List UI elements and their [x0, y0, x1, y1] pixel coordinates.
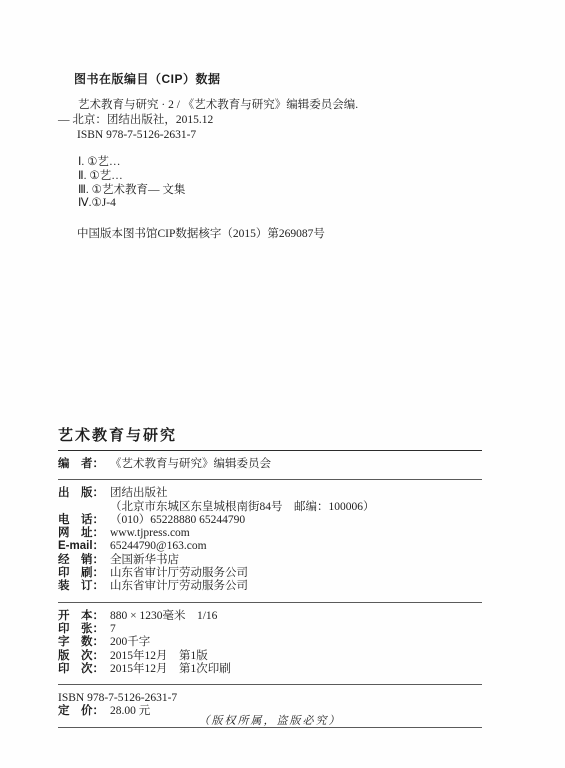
book-title: 艺术教育与研究: [58, 424, 482, 451]
cip-classification-item: Ⅳ.①J-4: [78, 197, 482, 211]
cip-description: 艺术教育与研究 · 2 / 《艺术教育与研究》编辑委员会编. — 北京：团结出版…: [58, 98, 482, 143]
row-label: 装 订：: [58, 580, 110, 593]
cip-description-line: — 北京：团结出版社，2015.12: [58, 113, 482, 128]
colophon-metrics-group: 开 本： 880 × 1230毫米 1/16 印 张： 7 字 数： 200千字…: [58, 603, 482, 685]
row-value: 7: [110, 623, 482, 636]
colophon-row-website: 网 址： www.tjpress.com: [58, 527, 482, 540]
cip-isbn-line: ISBN 978-7-5126-2631-7: [58, 128, 482, 143]
row-value: 880 × 1230毫米 1/16: [110, 610, 482, 623]
row-value: 65244790@163.com: [110, 540, 482, 553]
cip-classification-list: Ⅰ. ①艺… Ⅱ. ①艺… Ⅲ. ①艺术教育— 文集 Ⅳ.①J-4: [58, 156, 482, 211]
colophon-row-impression: 印 次： 2015年12月 第1次印刷: [58, 663, 482, 676]
cip-heading: 图书在版编目（CIP）数据: [74, 70, 482, 87]
colophon-section: 艺术教育与研究 编 者： 《艺术教育与研究》编辑委员会 出 版： 团结出版社 （…: [58, 424, 482, 728]
row-value: （010）65228880 65244790: [110, 514, 482, 527]
row-label: 开 本：: [58, 610, 110, 623]
colophon-row-edition: 版 次： 2015年12月 第1版: [58, 650, 482, 663]
row-value: 全国新华书店: [110, 554, 482, 567]
row-value: 山东省审计厅劳动服务公司: [110, 580, 482, 593]
colophon-row-editor: 编 者： 《艺术教育与研究》编辑委员会: [58, 458, 482, 471]
colophon-row-sheets: 印 张： 7: [58, 623, 482, 636]
colophon-row-printing: 印 刷： 山东省审计厅劳动服务公司: [58, 567, 482, 580]
colophon-row-publisher: 出 版： 团结出版社: [58, 487, 482, 500]
row-label-spacer: [58, 501, 110, 514]
cip-description-line: 艺术教育与研究 · 2 / 《艺术教育与研究》编辑委员会编.: [58, 98, 482, 113]
colophon-row-format: 开 本： 880 × 1230毫米 1/16: [58, 610, 482, 623]
colophon-row-email: E-mail： 65244790@163.com: [58, 540, 482, 553]
row-label: 编 者：: [58, 458, 110, 471]
row-value: 山东省审计厅劳动服务公司: [110, 567, 482, 580]
row-label: 出 版：: [58, 487, 110, 500]
book-copyright-page: 图书在版编目（CIP）数据 艺术教育与研究 · 2 / 《艺术教育与研究》编辑委…: [0, 0, 565, 768]
colophon-editor-group: 编 者： 《艺术教育与研究》编辑委员会: [58, 451, 482, 480]
row-value: 团结出版社: [110, 487, 482, 500]
row-value: 《艺术教育与研究》编辑委员会: [110, 458, 482, 471]
colophon-publisher-group: 出 版： 团结出版社 （北京市东城区东皇城根南街84号 邮编：100006） 电…: [58, 480, 482, 602]
colophon-row-phone: 电 话： （010）65228880 65244790: [58, 514, 482, 527]
colophon-row-publisher-address: （北京市东城区东皇城根南街84号 邮编：100006）: [58, 501, 482, 514]
cip-classification-item: Ⅱ. ①艺…: [78, 170, 482, 184]
row-label: E-mail：: [58, 540, 110, 553]
row-label: 字 数：: [58, 636, 110, 649]
colophon-isbn: ISBN 978-7-5126-2631-7: [58, 692, 482, 705]
row-value: 2015年12月 第1次印刷: [110, 663, 482, 676]
row-value: 2015年12月 第1版: [110, 650, 482, 663]
row-label: 印 张：: [58, 623, 110, 636]
row-label: 网 址：: [58, 527, 110, 540]
row-value: 200千字: [110, 636, 482, 649]
row-value: （北京市东城区东皇城根南街84号 邮编：100006）: [110, 501, 482, 514]
row-label: 印 次：: [58, 663, 110, 676]
row-label: 电 话：: [58, 514, 110, 527]
cip-record-number: 中国版本图书馆CIP数据核字（2015）第269087号: [77, 225, 482, 241]
row-label: 印 刷：: [58, 567, 110, 580]
cip-classification-item: Ⅲ. ①艺术教育— 文集: [78, 184, 482, 198]
cip-section: 图书在版编目（CIP）数据 艺术教育与研究 · 2 / 《艺术教育与研究》编辑委…: [58, 70, 482, 241]
cip-classification-item: Ⅰ. ①艺…: [78, 156, 482, 170]
row-label: 版 次：: [58, 650, 110, 663]
row-label: 经 销：: [58, 554, 110, 567]
copyright-notice: （版权所属，盗版必究）: [58, 712, 482, 728]
row-value: www.tjpress.com: [110, 527, 482, 540]
colophon-row-word-count: 字 数： 200千字: [58, 636, 482, 649]
colophon-row-binding: 装 订： 山东省审计厅劳动服务公司: [58, 580, 482, 593]
colophon-row-distribution: 经 销： 全国新华书店: [58, 554, 482, 567]
